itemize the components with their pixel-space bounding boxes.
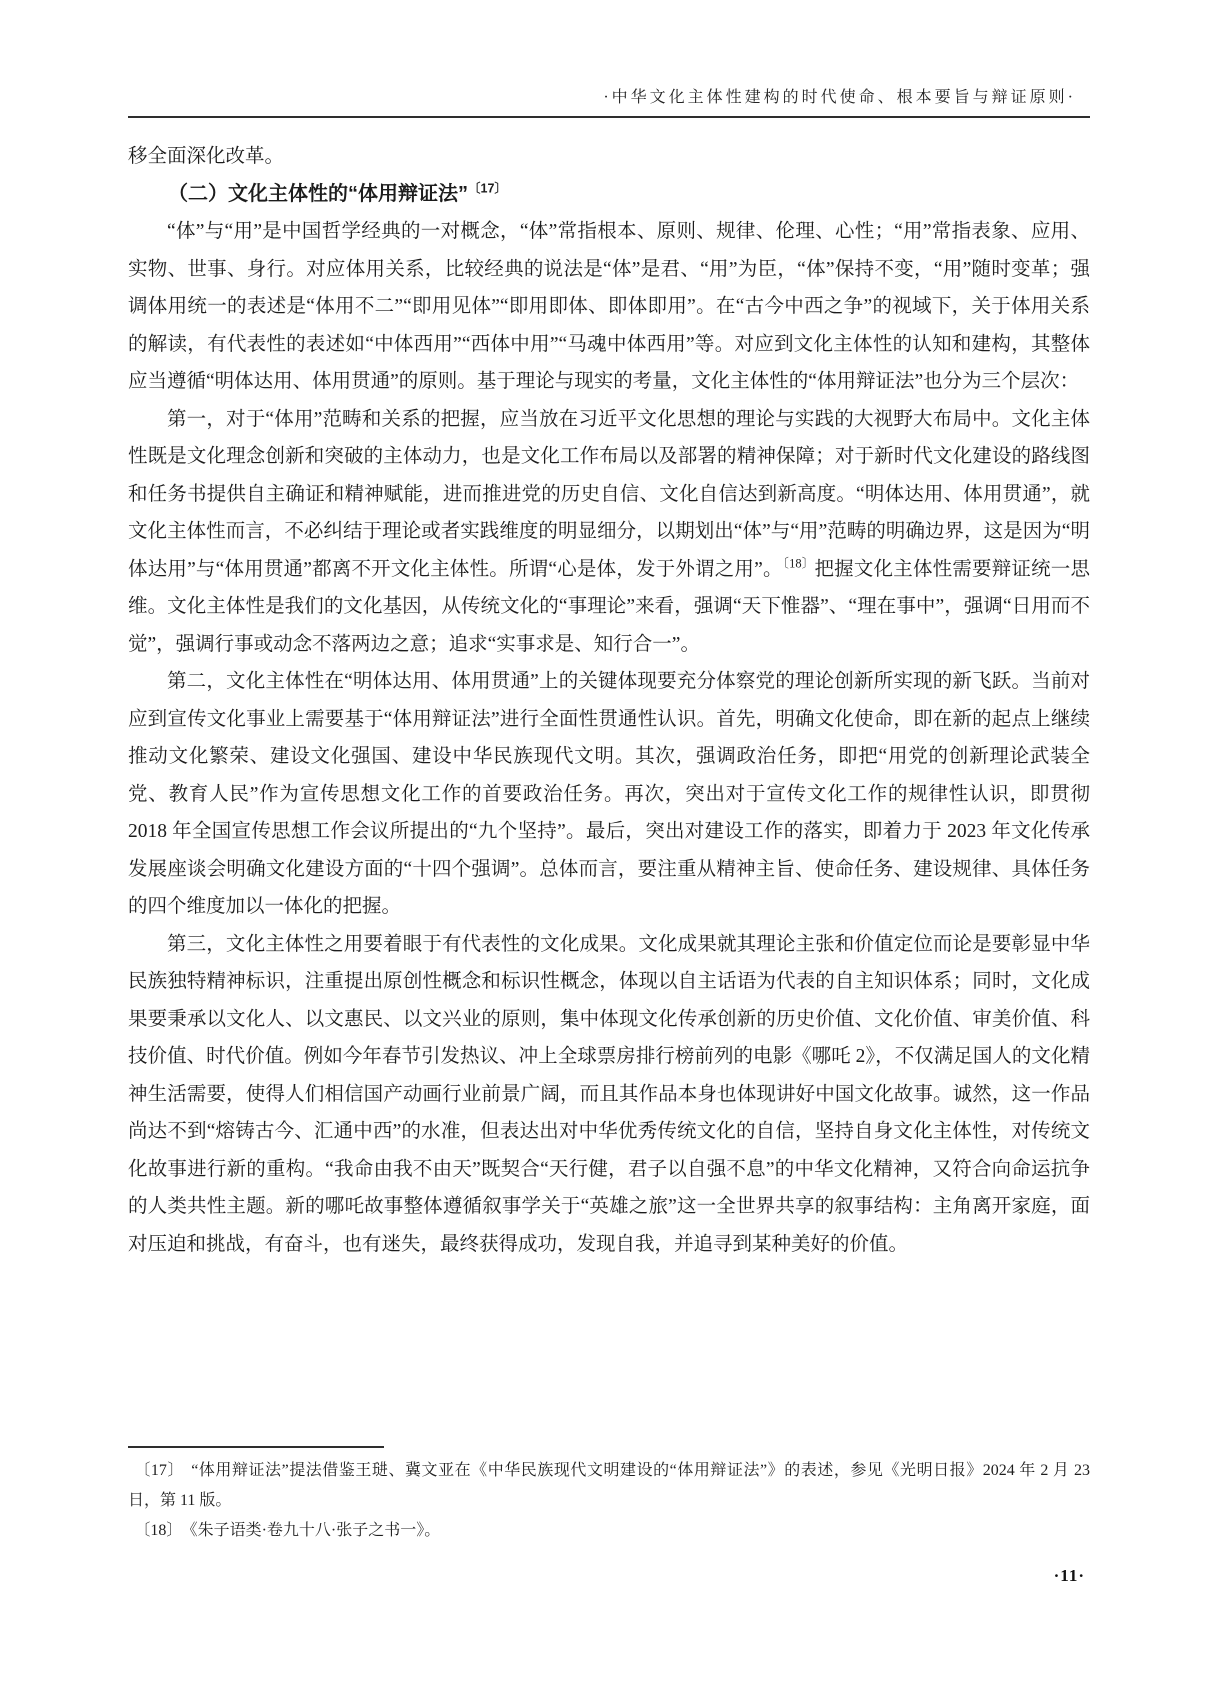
footnotes-section: 〔17〕“体用辩证法”提法借鉴王琎、冀文亚在《中华民族现代文明建设的“体用辩证法… <box>128 1446 1090 1546</box>
section-heading-text: （二）文化主体性的“体用辩证法” <box>168 183 468 205</box>
paragraph-2-text-a: 第一，对于“体用”范畴和关系的把握，应当放在习近平文化思想的理论与实践的大视野大… <box>128 409 1090 580</box>
section-heading: （二）文化主体性的“体用辩证法”〔17〕 <box>128 176 1090 214</box>
running-title: ·中华文化主体性建构的时代使命、根本要旨与辩证原则· <box>128 84 1090 107</box>
article-body: 移全面深化改革。 （二）文化主体性的“体用辩证法”〔17〕 “体”与“用”是中国… <box>128 138 1090 1263</box>
footnote-separator <box>128 1446 384 1448</box>
page-header: ·中华文化主体性建构的时代使命、根本要旨与辩证原则· <box>128 84 1090 118</box>
footnote-17-label: 〔17〕 <box>134 1462 184 1479</box>
page-number: ·11· <box>1054 1566 1085 1586</box>
document-page: ·中华文化主体性建构的时代使命、根本要旨与辩证原则· 移全面深化改革。 （二）文… <box>0 0 1217 1689</box>
carryover-text: 移全面深化改革。 <box>128 138 1090 176</box>
paragraph-3: 第二，文化主体性在“明体达用、体用贯通”上的关键体现要充分体察党的理论创新所实现… <box>128 663 1090 926</box>
paragraph-2: 第一，对于“体用”范畴和关系的把握，应当放在习近平文化思想的理论与实践的大视野大… <box>128 401 1090 664</box>
footnote-ref-18: 〔18〕 <box>783 556 815 570</box>
footnote-18-text: 《朱子语类·卷九十八·张子之书一》。 <box>190 1522 441 1539</box>
paragraph-4: 第三，文化主体性之用要着眼于有代表性的文化成果。文化成果就其理论主张和价值定位而… <box>128 926 1090 1264</box>
footnote-18: 〔18〕《朱子语类·卷九十八·张子之书一》。 <box>128 1516 1090 1546</box>
footnote-17-text: “体用辩证法”提法借鉴王琎、冀文亚在《中华民族现代文明建设的“体用辩证法”》的表… <box>128 1462 1090 1509</box>
footnote-ref-17: 〔17〕 <box>468 181 507 195</box>
footnote-18-label: 〔18〕 <box>134 1522 182 1539</box>
footnote-17: 〔17〕“体用辩证法”提法借鉴王琎、冀文亚在《中华民族现代文明建设的“体用辩证法… <box>128 1456 1090 1516</box>
paragraph-1: “体”与“用”是中国哲学经典的一对概念，“体”常指根本、原则、规律、伦理、心性；… <box>128 213 1090 401</box>
header-rule <box>128 116 1090 118</box>
